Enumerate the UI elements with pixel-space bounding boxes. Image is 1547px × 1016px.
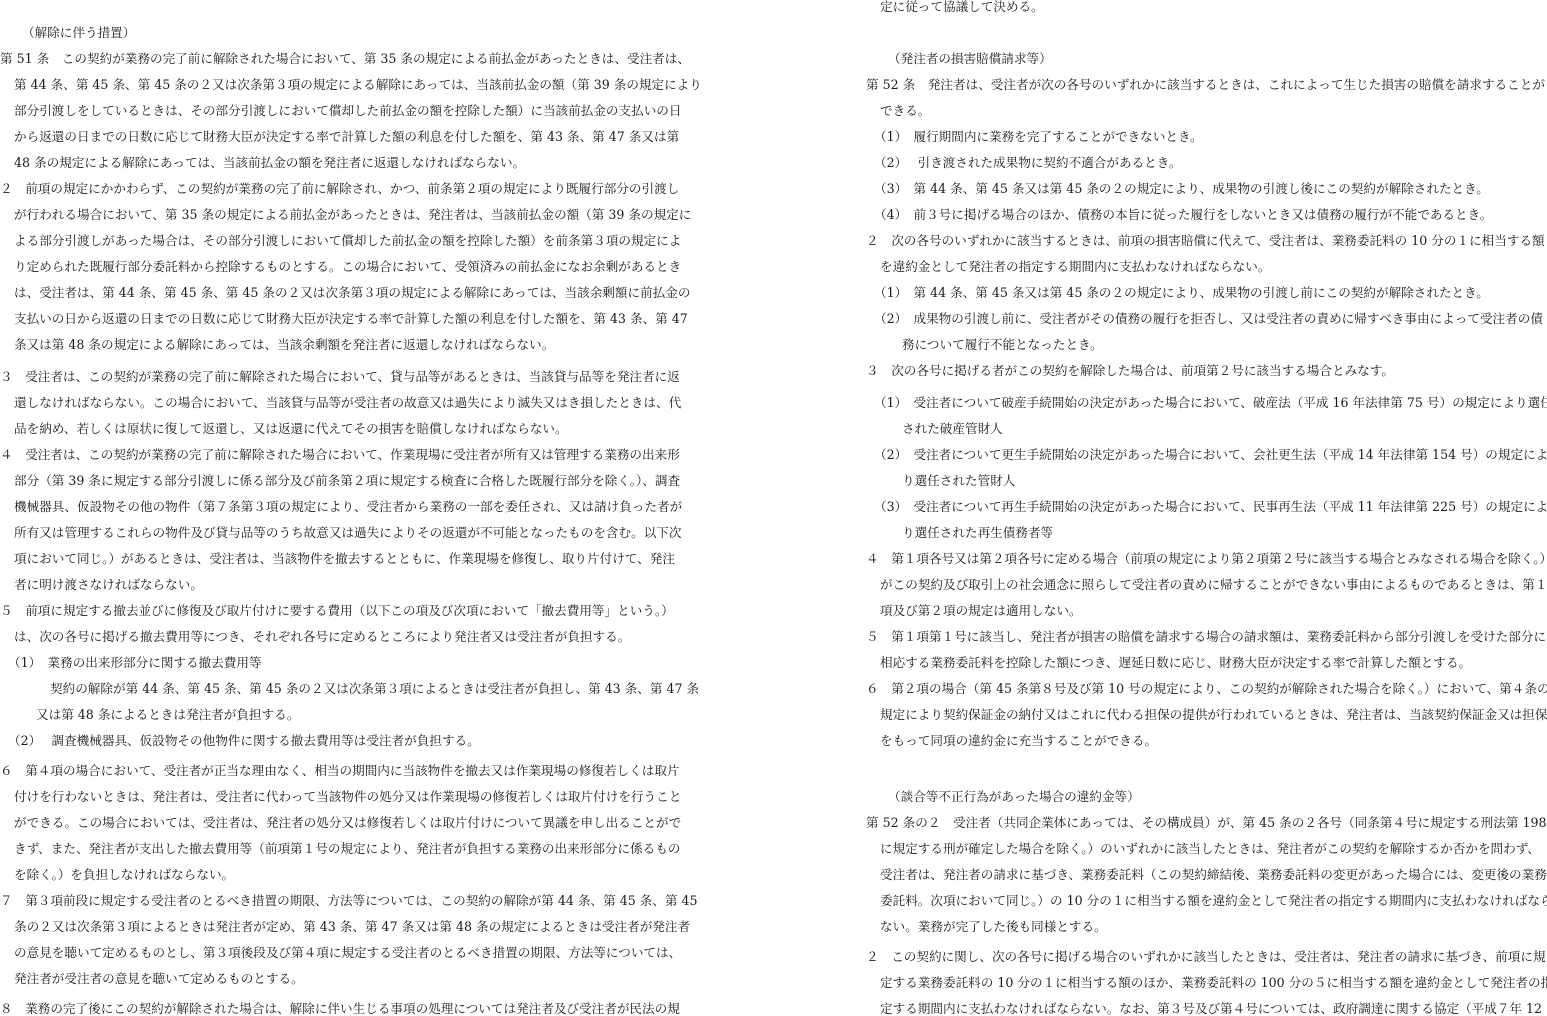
text-line: （解除に伴う措置） [0,20,135,46]
text-line: ６ 第２項の場合（第 45 条第８号及び第 10 号の規定により、この契約が解除… [866,676,1547,702]
text-line: 還しなければならない。この場合において、当該貸与品等が受注者の故意又は過失により… [0,390,681,416]
text-line: できる。 [866,98,930,124]
text-line: 部分引渡しをしているときは、その部分引渡しにおいて償却した前払金の額を控除した額… [0,98,681,124]
text-line: ２ 前項の規定にかかわらず、この契約が業務の完了前に解除され、かつ、前条第２項の… [0,176,679,202]
text-line: 第 51 条 この契約が業務の完了前に解除された場合において、第 35 条の規定… [0,46,690,72]
text-line: を除く。）を負担しなければならない。 [0,862,234,888]
text-line: に規定する刑が確定した場合を除く。）のいずれかに該当したときは、発注者がこの契約… [866,836,1540,862]
text-line: きず、また、発注者が支出した撤去費用等（前項第１号の規定により、発注者が負担する… [0,836,680,862]
text-line: （1） 履行期間内に業務を完了することができないとき。 [866,124,1203,150]
text-line: 付けを行わないときは、発注者は、受注者に代わって当該物件の処分又は作業現場の修復… [0,784,681,810]
text-line: 項及び第２項の規定は適用しない。 [866,598,1082,624]
text-line: ５ 第１項第１号に該当し、発注者が損害の賠償を請求する場合の請求額は、業務委託料… [866,624,1546,650]
text-line: 所有又は管理するこれらの物件及び貸与品等のうち故意又は過失によりその返還が不可能… [0,520,681,546]
text-line: ４ 受注者は、この契約が業務の完了前に解除された場合において、作業現場に受注者が… [0,442,680,468]
text-line: の意見を聴いて定めるものとし、第３項後段及び第４項に規定する受注者のとるべき措置… [0,940,681,966]
text-line: 規定により契約保証金の納付又はこれに代わる担保の提供が行われているときは、発注者… [866,702,1547,728]
text-line: ３ 次の各号に掲げる者がこの契約を解除した場合は、前項第２号に該当する場合とみな… [866,358,1394,384]
text-line: り選任された再生債務者等 [866,520,1053,546]
text-line: 機械器具、仮設物その他の物件（第７条第３項の規定により、受注者から業務の一部を委… [0,494,682,520]
text-line: （1） 第 44 条、第 45 条又は第 45 条の２の規定により、成果物の引渡… [866,280,1489,306]
text-line: 第 44 条、第 45 条、第 45 条の２又は次条第３項の規定による解除にあっ… [0,72,702,98]
text-line: （2） 調査機械器具、仮設物その他物件に関する撤去費用等は受注者が負担する。 [0,728,480,754]
text-line: （4） 前３号に掲げる場合のほか、債務の本旨に従った履行をしないとき又は債務の履… [866,202,1492,228]
text-line: 受注者は、発注者の請求に基づき、業務委託料（この契約締結後、業務委託料の変更があ… [866,862,1547,888]
text-line: 部分（第 39 条に規定する部分引渡しに係る部分及び前条第２項に規定する検査に合… [0,468,680,494]
text-line: ２ この契約に関し、次の各号に掲げる場合のいずれかに該当したときは、受注者は、発… [866,944,1546,970]
text-line: 条又は第 48 条の規定による解除にあっては、当該余剰額を発注者に返還しなければ… [0,332,554,358]
text-line: をもって同項の違約金に充当することができる。 [866,728,1157,754]
text-line: 定する業務委託料の 10 分の１に相当する額のほか、業務委託料の 100 分の５… [866,970,1547,996]
text-line: 支払いの日から返還の日までの日数に応じて財務大臣が決定する率で計算した額の利息を… [0,306,688,332]
text-line: ４ 第１項各号又は第２項各号に定める場合（前項の規定により第２項第２号に該当する… [866,546,1547,572]
text-line: ８ 業務の完了後にこの契約が解除された場合は、解除に伴い生じる事項の処理について… [0,996,680,1016]
text-line: を違約金として発注者の指定する期間内に支払わなければならない。 [866,254,1270,280]
text-line: （1） 業務の出来形部分に関する撤去費用等 [0,650,262,676]
text-line: 第 52 条の２ 受注者（共同企業体にあっては、その構成員）が、第 45 条の２… [866,810,1547,836]
text-line: 第 52 条 発注者は、受注者が次の各号のいずれかに該当するときは、これによって… [866,72,1545,98]
text-line: 項において同じ。）があるときは、受注者は、当該物件を撤去するとともに、作業現場を… [0,546,675,572]
text-line: ない。業務が完了した後も同様とする。 [866,914,1107,940]
text-line: された破産管財人 [866,416,1003,442]
text-line: ５ 前項に規定する撤去並びに修復及び取片付けに要する費用（以下この項及び次項にお… [0,598,674,624]
text-line: 又は第 48 条によるときは発注者が負担する。 [0,702,299,728]
text-line: 相応する業務委託料を控除した額につき、遅延日数に応じ、財務大臣が決定する率で計算… [866,650,1471,676]
text-line: ができる。この場合においては、受注者は、発注者の処分又は修復若しくは取片付けにつ… [0,810,681,836]
text-line: ６ 第４項の場合において、受注者が正当な理由なく、相当の期間内に当該物件を撤去又… [0,758,680,784]
text-line: （2） 引き渡された成果物に契約不適合があるとき。 [866,150,1181,176]
text-line: は、次の各号に掲げる撤去費用等につき、それぞれ各号に定めるところにより発注者又は… [0,624,630,650]
text-line: ３ 受注者は、この契約が業務の完了前に解除された場合において、貸与品等があるとき… [0,364,680,390]
text-line: から返還の日までの日数に応じて財務大臣が決定する率で計算した額の利息を付した額を… [0,124,679,150]
text-line: 務について履行不能となったとき。 [866,332,1103,358]
text-line: ２ 次の各号のいずれかに該当するときは、前項の損害賠償に代えて、受注者は、業務委… [866,228,1545,254]
text-line: （発注者の損害賠償請求等） [866,46,1052,72]
text-line: り定められた既履行部分委託料から控除するものとする。この場合において、受領済みの… [0,254,681,280]
text-line: （1） 受注者について破産手続開始の決定があった場合において、破産法（平成 16… [866,390,1547,416]
text-line: 品を納め、若しくは原状に復して返還し、又は返還に代えてその損害を賠償しなければな… [0,416,568,442]
text-line: り選任された管財人 [866,468,1015,494]
text-line: （2） 成果物の引渡し前に、受注者がその債務の履行を拒否し、又は受注者の責めに帰… [866,306,1543,332]
text-line: 委託料。次項において同じ。）の 10 分の１に相当する額を違約金として発注者の指… [866,888,1547,914]
text-line: 定する期間内に支払わなければならない。なお、第３号及び第４号については、政府調達… [866,996,1542,1016]
text-line: 48 条の規定による解除にあっては、当該前払金の額を発注者に返還しなければならな… [0,150,525,176]
text-line: 条の２又は次条第３項によるときは発注者が定め、第 43 条、第 47 条又は第 … [0,914,690,940]
text-line: （談合等不正行為があった場合の違約金等） [866,784,1140,810]
text-line: は、受注者は、第 44 条、第 45 条、第 45 条の２又は次条第３項の規定に… [0,280,690,306]
text-line: がこの契約及び取引上の社会通念に照らして受注者の責めに帰することができない事由に… [866,572,1547,598]
text-line: （3） 第 44 条、第 45 条又は第 45 条の２の規定により、成果物の引渡… [866,176,1489,202]
text-line: （3） 受注者について再生手続開始の決定があった場合において、民事再生法（平成 … [866,494,1547,520]
text-line: 発注者が受注者の意見を聴いて定めるものとする。 [0,966,304,992]
text-line: よる部分引渡しがあった場合は、その部分引渡しにおいて償却した前払金の額を控除した… [0,228,681,254]
text-line: 者に明け渡さなければならない。 [0,572,203,598]
text-line: 定に従って協議して決める。 [866,0,1044,20]
text-line: 契約の解除が第 44 条、第 45 条、第 45 条の２又は次条第３項によるとき… [0,676,699,702]
text-line: ７ 第３項前段に規定する受注者のとるべき措置の期限、方法等については、この契約の… [0,888,698,914]
text-line: （2） 受注者について更生手続開始の決定があった場合において、会社更生法（平成 … [866,442,1547,468]
text-line: が行われる場合において、第 35 条の規定による前払金があったときは、発注者は、… [0,202,691,228]
